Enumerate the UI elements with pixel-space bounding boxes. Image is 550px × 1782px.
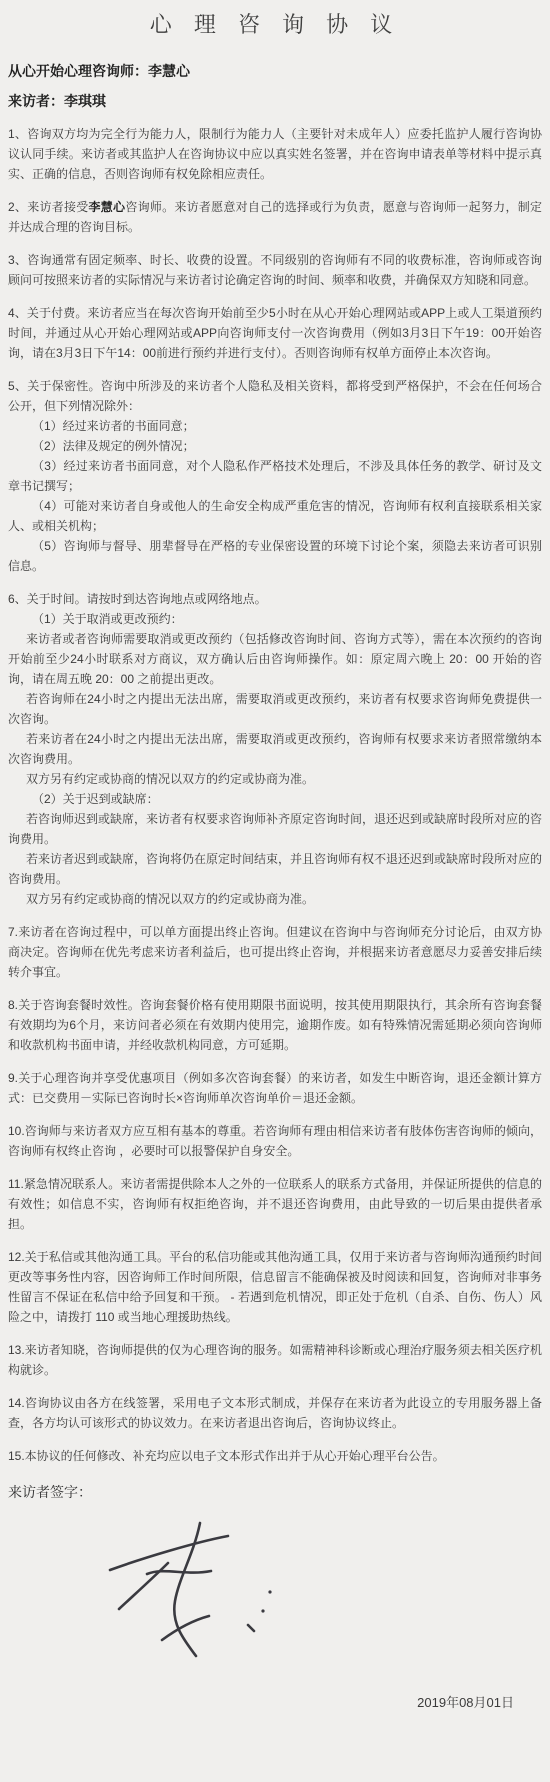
text-segment: 4、关于付费。来访者应当在每次咨询开始前至少5小时在从心开始心理网站或APP上或… bbox=[8, 306, 542, 360]
text-segment: （2）法律及规定的例外情况； bbox=[32, 439, 195, 453]
text-segment: 双方另有约定或协商的情况以双方的约定或协商为准。 bbox=[26, 892, 314, 906]
text-segment: 14.咨询协议由各方在线签署，采用电子文本形式制成，并保存在来访者为此设立的专用… bbox=[8, 1396, 542, 1430]
clause: 9.关于心理咨询并享受优惠项目（例如多次咨询套餐）的来访者，如发生中断咨询，退还… bbox=[8, 1068, 542, 1108]
text-segment: 7.来访者在咨询过程中，可以单方面提出终止咨询。但建议在咨询中与咨询师充分讨论后… bbox=[8, 925, 542, 979]
clause-paragraph: 若咨询师迟到或缺席，来访者有权要求咨询师补齐原定咨询时间，退还迟到或缺席时段所对… bbox=[8, 809, 542, 849]
clause-paragraph: 6、关于时间。请按时到达咨询地点或网络地点。 bbox=[8, 589, 542, 609]
clause: 2、来访者接受李慧心咨询师。来访者愿意对自己的选择或行为负责，愿意与咨询师一起努… bbox=[8, 197, 542, 237]
clause-list: 1、咨询双方均为完全行为能力人，限制行为能力人（主要针对未成年人）应委托监护人履… bbox=[8, 124, 542, 1466]
text-segment: 若来访者在24小时之内提出无法出席，需要取消或更改预约，咨询师有权要求来访者照常… bbox=[8, 732, 542, 766]
text-segment: 1、咨询双方均为完全行为能力人，限制行为能力人（主要针对未成年人）应委托监护人履… bbox=[8, 127, 542, 181]
clause-paragraph: （5）咨询师与督导、朋辈督导在严格的专业保密设置的环境下讨论个案，须隐去来访者可… bbox=[8, 536, 542, 576]
visitor-signature-image bbox=[98, 1508, 283, 1668]
text-segment: 3、咨询通常有固定频率、时长、收费的设置。不同级别的咨询师有不同的收费标准，咨询… bbox=[8, 253, 542, 287]
text-segment: 2、来访者接受 bbox=[8, 200, 89, 214]
text-segment: （3）经过来访者书面同意，对个人隐私作严格技术处理后，不涉及具体任务的教学、研讨… bbox=[8, 459, 542, 493]
text-segment: 若咨询师迟到或缺席，来访者有权要求咨询师补齐原定咨询时间，退还迟到或缺席时段所对… bbox=[8, 812, 542, 846]
clause-paragraph: 若来访者迟到或缺席，咨询将仍在原定时间结束，并且咨询师有权不退还迟到或缺席时段所… bbox=[8, 849, 542, 889]
text-segment: 双方另有约定或协商的情况以双方的约定或协商为准。 bbox=[26, 772, 314, 786]
clause-paragraph: 14.咨询协议由各方在线签署，采用电子文本形式制成，并保存在来访者为此设立的专用… bbox=[8, 1393, 542, 1433]
clause-paragraph: （1）经过来访者的书面同意； bbox=[8, 416, 542, 436]
clause: 11.紧急情况联系人。来访者需提供除本人之外的一位联系人的联系方式备用，并保证所… bbox=[8, 1174, 542, 1234]
text-segment: 来访者或者咨询师需要取消或更改预约（包括修改咨询时间、咨询方式等），需在本次预约… bbox=[8, 632, 542, 686]
clause: 15.本协议的任何修改、补充均应以电子文本形式作出并于从心开始心理平台公告。 bbox=[8, 1446, 542, 1466]
clause-paragraph: 5、关于保密性。咨询中所涉及的来访者个人隐私及相关资料，都将受到严格保护，不会在… bbox=[8, 376, 542, 416]
clause: 12.关于私信或其他沟通工具。平台的私信功能或其他沟通工具，仅用于来访者与咨询师… bbox=[8, 1247, 542, 1327]
text-segment: （4）可能对来访者自身或他人的生命安全构成严重危害的情况，咨询师有权利直接联系相… bbox=[8, 499, 542, 533]
page-title: 心 理 咨 询 协 议 bbox=[8, 8, 542, 42]
clause-paragraph: 1、咨询双方均为完全行为能力人，限制行为能力人（主要针对未成年人）应委托监护人履… bbox=[8, 124, 542, 184]
clause-paragraph: 双方另有约定或协商的情况以双方的约定或协商为准。 bbox=[8, 889, 542, 909]
clause-paragraph: 3、咨询通常有固定频率、时长、收费的设置。不同级别的咨询师有不同的收费标准，咨询… bbox=[8, 250, 542, 290]
visitor-name-line: 来访者：李琪琪 bbox=[8, 92, 542, 110]
clause-paragraph: （4）可能对来访者自身或他人的生命安全构成严重危害的情况，咨询师有权利直接联系相… bbox=[8, 496, 542, 536]
clause: 7.来访者在咨询过程中，可以单方面提出终止咨询。但建议在咨询中与咨询师充分讨论后… bbox=[8, 922, 542, 982]
clause-paragraph: 双方另有约定或协商的情况以双方的约定或协商为准。 bbox=[8, 769, 542, 789]
clause-paragraph: 11.紧急情况联系人。来访者需提供除本人之外的一位联系人的联系方式备用，并保证所… bbox=[8, 1174, 542, 1234]
clause: 4、关于付费。来访者应当在每次咨询开始前至少5小时在从心开始心理网站或APP上或… bbox=[8, 303, 542, 363]
clause-paragraph: 10.咨询师与来访者双方应互相有基本的尊重。若咨询师有理由相信来访者有肢体伤害咨… bbox=[8, 1121, 542, 1161]
text-segment: 12.关于私信或其他沟通工具。平台的私信功能或其他沟通工具，仅用于来访者与咨询师… bbox=[8, 1250, 542, 1324]
text-segment: 8.关于咨询套餐时效性。咨询套餐价格有使用期限书面说明，按其使用期限执行，其余所… bbox=[8, 998, 542, 1052]
clause-paragraph: （2）关于迟到或缺席： bbox=[8, 789, 542, 809]
clause: 13.来访者知晓，咨询师提供的仅为心理咨询的服务。如需精神科诊断或心理治疗服务须… bbox=[8, 1340, 542, 1380]
clause-paragraph: 7.来访者在咨询过程中，可以单方面提出终止咨询。但建议在咨询中与咨询师充分讨论后… bbox=[8, 922, 542, 982]
text-segment: 15.本协议的任何修改、补充均应以电子文本形式作出并于从心开始心理平台公告。 bbox=[8, 1449, 445, 1463]
clause: 3、咨询通常有固定频率、时长、收费的设置。不同级别的咨询师有不同的收费标准，咨询… bbox=[8, 250, 542, 290]
signature-date: 2019年08月01日 bbox=[8, 1694, 542, 1712]
clause: 14.咨询协议由各方在线签署，采用电子文本形式制成，并保存在来访者为此设立的专用… bbox=[8, 1393, 542, 1433]
text-segment: 11.紧急情况联系人。来访者需提供除本人之外的一位联系人的联系方式备用，并保证所… bbox=[8, 1177, 542, 1231]
clause-paragraph: 12.关于私信或其他沟通工具。平台的私信功能或其他沟通工具，仅用于来访者与咨询师… bbox=[8, 1247, 542, 1327]
clause-paragraph: 8.关于咨询套餐时效性。咨询套餐价格有使用期限书面说明，按其使用期限执行，其余所… bbox=[8, 995, 542, 1055]
clause-paragraph: 来访者或者咨询师需要取消或更改预约（包括修改咨询时间、咨询方式等），需在本次预约… bbox=[8, 629, 542, 689]
text-segment: 5、关于保密性。咨询中所涉及的来访者个人隐私及相关资料，都将受到严格保护，不会在… bbox=[8, 379, 542, 413]
text-segment: （5）咨询师与督导、朋辈督导在严格的专业保密设置的环境下讨论个案，须隐去来访者可… bbox=[8, 539, 542, 573]
clause-paragraph: 9.关于心理咨询并享受优惠项目（例如多次咨询套餐）的来访者，如发生中断咨询，退还… bbox=[8, 1068, 542, 1108]
emphasized-text: 李慧心 bbox=[89, 200, 126, 214]
clause-paragraph: 13.来访者知晓，咨询师提供的仅为心理咨询的服务。如需精神科诊断或心理治疗服务须… bbox=[8, 1340, 542, 1380]
clause: 1、咨询双方均为完全行为能力人，限制行为能力人（主要针对未成年人）应委托监护人履… bbox=[8, 124, 542, 184]
text-segment: 6、关于时间。请按时到达咨询地点或网络地点。 bbox=[8, 592, 267, 606]
clause-paragraph: 若咨询师在24小时之内提出无法出席，需要取消或更改预约，来访者有权要求咨询师免费… bbox=[8, 689, 542, 729]
text-segment: 9.关于心理咨询并享受优惠项目（例如多次咨询套餐）的来访者，如发生中断咨询，退还… bbox=[8, 1071, 542, 1105]
clause-paragraph: 若来访者在24小时之内提出无法出席，需要取消或更改预约，咨询师有权要求来访者照常… bbox=[8, 729, 542, 769]
agreement-document: 心 理 咨 询 协 议 从心开始心理咨询师：李慧心 来访者：李琪琪 1、咨询双方… bbox=[0, 0, 550, 1782]
clause: 10.咨询师与来访者双方应互相有基本的尊重。若咨询师有理由相信来访者有肢体伤害咨… bbox=[8, 1121, 542, 1161]
clause-paragraph: 4、关于付费。来访者应当在每次咨询开始前至少5小时在从心开始心理网站或APP上或… bbox=[8, 303, 542, 363]
clause-paragraph: 2、来访者接受李慧心咨询师。来访者愿意对自己的选择或行为负责，愿意与咨询师一起努… bbox=[8, 197, 542, 237]
handwritten-signature-strokes bbox=[98, 1508, 283, 1668]
text-segment: 若来访者迟到或缺席，咨询将仍在原定时间结束，并且咨询师有权不退还迟到或缺席时段所… bbox=[8, 852, 542, 886]
clause-paragraph: （3）经过来访者书面同意，对个人隐私作严格技术处理后，不涉及具体任务的教学、研讨… bbox=[8, 456, 542, 496]
clause-paragraph: （1）关于取消或更改预约： bbox=[8, 609, 542, 629]
clause-paragraph: （2）法律及规定的例外情况； bbox=[8, 436, 542, 456]
clause: 6、关于时间。请按时到达咨询地点或网络地点。（1）关于取消或更改预约：来访者或者… bbox=[8, 589, 542, 909]
text-segment: （2）关于迟到或缺席： bbox=[32, 792, 159, 806]
counselor-name-line: 从心开始心理咨询师：李慧心 bbox=[8, 62, 542, 80]
clause-paragraph: 15.本协议的任何修改、补充均应以电子文本形式作出并于从心开始心理平台公告。 bbox=[8, 1446, 542, 1466]
text-segment: 13.来访者知晓，咨询师提供的仅为心理咨询的服务。如需精神科诊断或心理治疗服务须… bbox=[8, 1343, 542, 1377]
text-segment: （1）经过来访者的书面同意； bbox=[32, 419, 195, 433]
clause: 8.关于咨询套餐时效性。咨询套餐价格有使用期限书面说明，按其使用期限执行，其余所… bbox=[8, 995, 542, 1055]
clause: 5、关于保密性。咨询中所涉及的来访者个人隐私及相关资料，都将受到严格保护，不会在… bbox=[8, 376, 542, 576]
text-segment: 若咨询师在24小时之内提出无法出席，需要取消或更改预约，来访者有权要求咨询师免费… bbox=[8, 692, 542, 726]
text-segment: （1）关于取消或更改预约： bbox=[32, 612, 183, 626]
text-segment: 10.咨询师与来访者双方应互相有基本的尊重。若咨询师有理由相信来访者有肢体伤害咨… bbox=[8, 1124, 542, 1158]
visitor-signature-label: 来访者签字： bbox=[8, 1482, 542, 1502]
